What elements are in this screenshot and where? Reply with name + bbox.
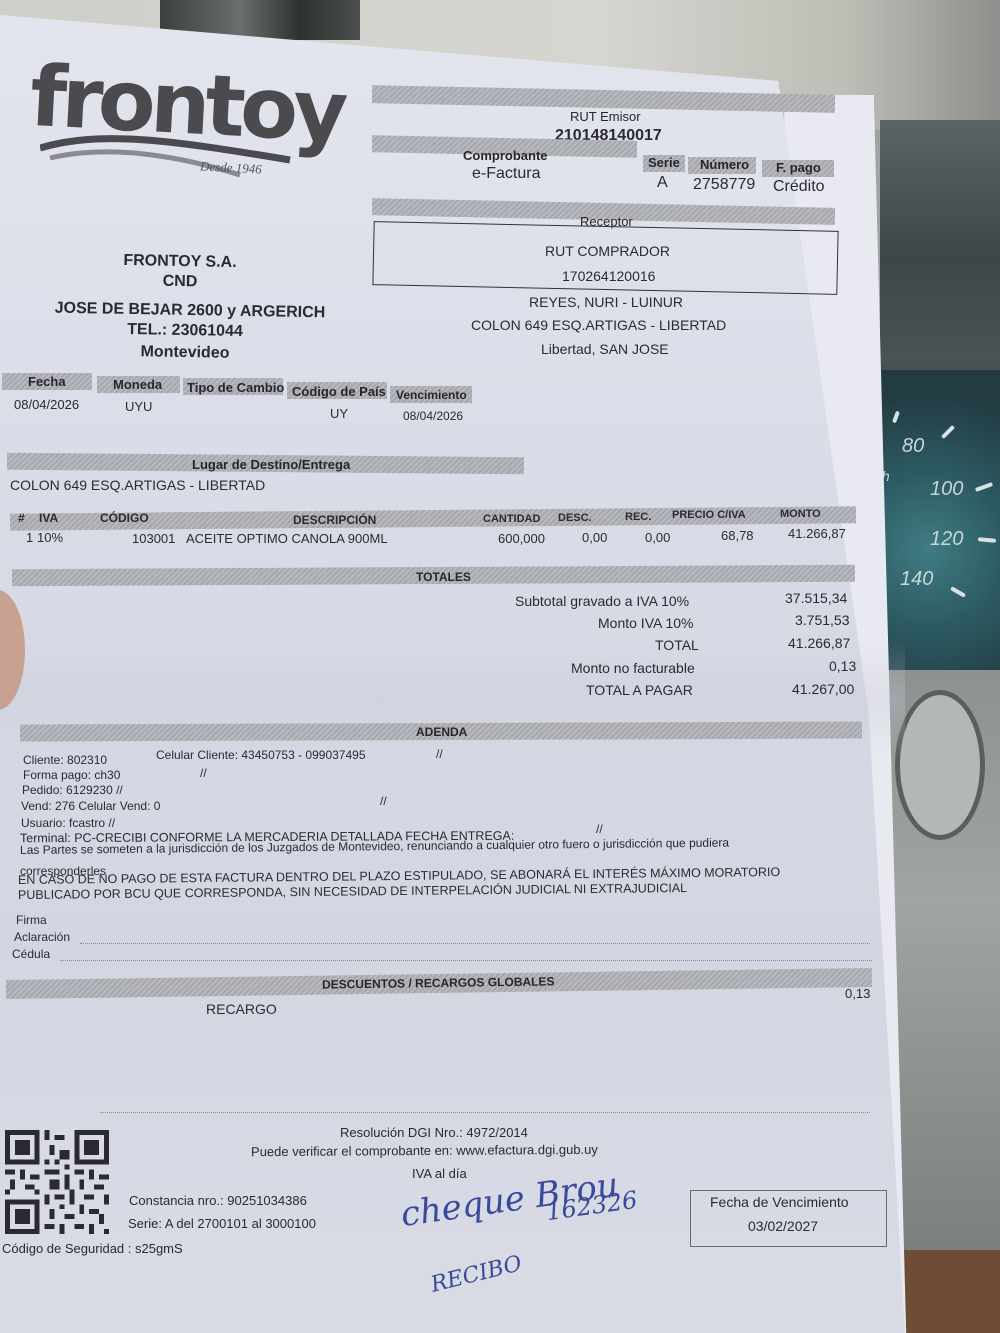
globales-value: 0,13	[845, 986, 870, 1001]
constancia-nro: Constancia nro.: 90251034386	[129, 1193, 307, 1208]
adenda-usuario: Usuario: fcastro //	[21, 816, 115, 830]
cell-iva: 10%	[37, 530, 63, 545]
speedometer-gauge: 80 /h 100 120 140	[880, 370, 1000, 670]
gauge-label: 140	[900, 568, 933, 591]
comprobante-value: e-Factura	[472, 165, 540, 183]
col-rec: REC.	[625, 511, 651, 523]
gauge-tick	[950, 586, 966, 597]
adenda-cliente: Cliente: 802310	[23, 753, 107, 767]
col-precio: PRECIO C/IVA	[672, 509, 746, 521]
col-monto: MONTO	[780, 508, 821, 520]
serie-value: A	[657, 174, 668, 192]
serie-label: Serie	[648, 155, 680, 170]
gauge-tick	[975, 482, 993, 492]
monto-iva-value: 3.751,53	[795, 612, 850, 628]
emblem-icon	[895, 690, 985, 840]
gauge-label: 100	[930, 478, 963, 501]
cell-descripcion: ACEITE OPTIMO CANOLA 900ML	[186, 531, 388, 546]
receptor-name: REYES, NURI - LUINUR	[529, 294, 683, 310]
col-desc: DESC.	[558, 512, 592, 524]
cell-codigo: 103001	[132, 531, 175, 546]
adenda-vend: Vend: 276 Celular Vend: 0	[21, 799, 160, 813]
adenda-separator: //	[200, 766, 207, 780]
serie-rango: Serie: A del 2700101 al 3000100	[128, 1216, 316, 1231]
footer-divider	[100, 1112, 870, 1113]
aclaracion-label: Aclaración	[14, 930, 70, 944]
logo-tagline: Desde 1946	[200, 158, 263, 177]
receptor-rut-label: RUT COMPRADOR	[545, 243, 670, 259]
receptor-rut-value: 170264120016	[562, 268, 655, 284]
col-codigo: CÓDIGO	[100, 511, 149, 525]
cell-desc: 0,00	[582, 530, 607, 545]
firma-label: Firma	[16, 913, 47, 927]
cedula-label: Cédula	[12, 947, 50, 961]
fecha-vencimiento-label: Fecha de Vencimiento	[710, 1194, 849, 1210]
cell-rec: 0,00	[645, 530, 670, 545]
fpago-value: Crédito	[773, 178, 825, 196]
iva-al-dia: IVA al día	[412, 1166, 467, 1181]
adenda-separator: //	[596, 822, 603, 836]
codigo-pais-value: UY	[330, 406, 348, 421]
fpago-label: F. pago	[776, 160, 821, 175]
moneda-label: Moneda	[113, 377, 162, 392]
total-a-pagar-label: TOTAL A PAGAR	[586, 682, 693, 698]
col-iva: IVA	[39, 511, 58, 525]
adenda-pedido: Pedido: 6129230 //	[22, 783, 123, 797]
destino-value: COLON 649 ESQ.ARTIGAS - LIBERTAD	[10, 477, 265, 493]
cell-precio: 68,78	[721, 528, 754, 543]
receptor-address: COLON 649 ESQ.ARTIGAS - LIBERTAD	[471, 317, 726, 333]
codigo-seguridad: Código de Seguridad : s25gmS	[2, 1241, 183, 1256]
col-num: #	[18, 511, 25, 525]
gauge-tick	[978, 537, 996, 543]
qr-code-icon	[5, 1130, 109, 1234]
cell-num: 1	[26, 530, 33, 545]
tipo-cambio-label: Tipo de Cambio	[187, 380, 284, 395]
total-label: TOTAL	[655, 637, 699, 653]
cedula-line	[60, 960, 872, 961]
gauge-label: 80	[902, 435, 924, 458]
paper-fold-shadow	[0, 640, 905, 760]
fecha-label: Fecha	[28, 374, 66, 389]
moneda-value: UYU	[125, 399, 152, 414]
monto-iva-label: Monto IVA 10%	[598, 615, 693, 631]
adenda-celular-cliente: Celular Cliente: 43450753 - 099037495	[156, 748, 366, 762]
aclaracion-line	[80, 943, 870, 944]
verificar-link[interactable]: Puede verificar el comprobante en: www.e…	[251, 1142, 598, 1159]
fecha-value: 08/04/2026	[14, 397, 79, 412]
fecha-vencimiento-value: 03/02/2027	[748, 1218, 818, 1234]
comprobante-label: Comprobante	[463, 148, 548, 163]
cell-cantidad: 600,000	[498, 531, 545, 546]
numero-value: 2758779	[693, 176, 755, 194]
cell-monto: 41.266,87	[788, 526, 846, 541]
totales-label: TOTALES	[416, 570, 471, 584]
codigo-pais-label: Código de País	[292, 384, 386, 399]
gauge-tick	[941, 425, 955, 439]
vencimiento-value: 08/04/2026	[403, 409, 463, 423]
total-value: 41.266,87	[788, 635, 850, 651]
no-facturable-value: 0,13	[829, 658, 856, 674]
numero-label: Número	[700, 157, 749, 172]
adenda-label: ADENDA	[416, 725, 467, 739]
resolucion-dgi: Resolución DGI Nro.: 4972/2014	[340, 1125, 528, 1140]
rut-emisor-label: RUT Emisor	[570, 109, 641, 124]
adenda-separator: //	[436, 747, 443, 761]
adenda-separator: //	[380, 794, 387, 808]
vencimiento-label: Vencimiento	[396, 388, 467, 402]
no-facturable-label: Monto no facturable	[571, 660, 695, 676]
globales-tipo: RECARGO	[206, 1001, 277, 1017]
receptor-city: Libertad, SAN JOSE	[541, 341, 669, 357]
adenda-forma-pago: Forma pago: ch30	[23, 768, 120, 782]
subtotal-value: 37.515,34	[785, 590, 847, 606]
col-cantidad: CANTIDAD	[483, 513, 540, 525]
destino-label: Lugar de Destino/Entrega	[192, 457, 350, 472]
gauge-label: 120	[930, 528, 963, 551]
col-descripcion: DESCRIPCIÓN	[293, 513, 376, 527]
total-a-pagar-value: 41.267,00	[792, 681, 854, 697]
gauge-tick	[892, 411, 900, 424]
subtotal-label: Subtotal gravado a IVA 10%	[515, 593, 689, 609]
